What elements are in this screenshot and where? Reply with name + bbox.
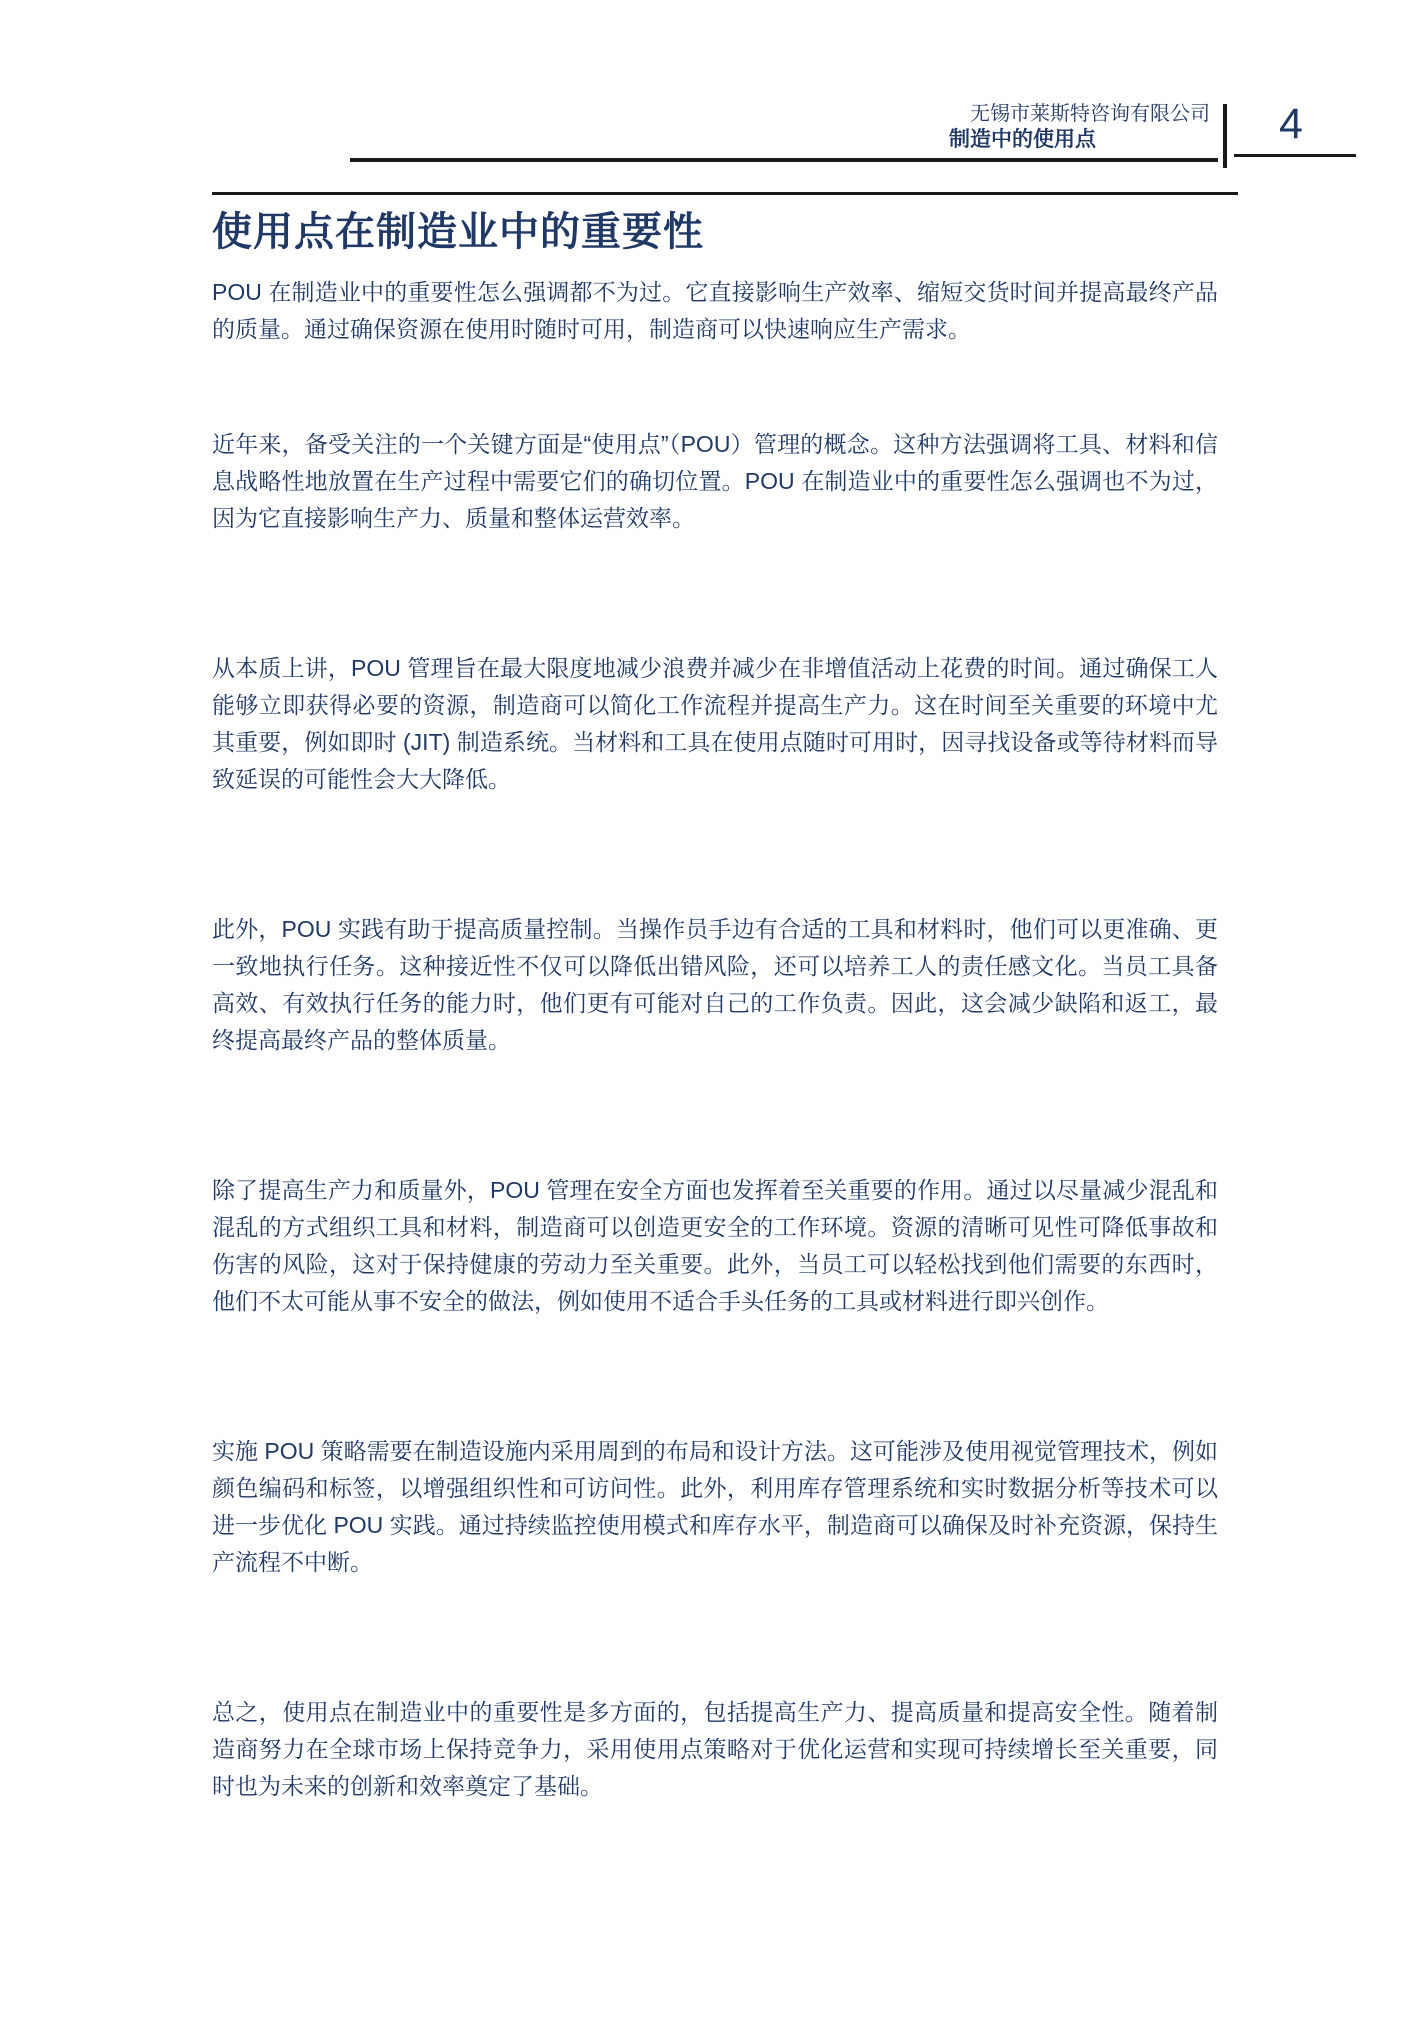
article-paragraph: 此外，POU 实践有助于提高质量控制。当操作员手边有合适的工具和材料时，他们可以…: [212, 911, 1218, 1059]
page-number-underline-rule: [1234, 154, 1356, 157]
article-paragraph: 除了提高生产力和质量外，POU 管理在安全方面也发挥着至关重要的作用。通过以尽量…: [212, 1172, 1218, 1320]
header-divider-bar: [1223, 104, 1227, 168]
header-company-name: 无锡市莱斯特咨询有限公司: [970, 101, 1210, 127]
header-underline-rule: [350, 158, 1218, 162]
header-document-title: 制造中的使用点: [949, 127, 1210, 153]
content-top-rule: [212, 192, 1238, 195]
header-text-block: 无锡市莱斯特咨询有限公司 制造中的使用点: [949, 101, 1210, 153]
article-body: 使用点在制造业中的重要性 POU 在制造业中的重要性怎么强调都不为过。它直接影响…: [0, 208, 1428, 1805]
document-page: 无锡市莱斯特咨询有限公司 制造中的使用点 4 使用点在制造业中的重要性 POU …: [0, 0, 1428, 2028]
article-paragraph: 近年来，备受关注的一个关键方面是“使用点”（POU）管理的概念。这种方法强调将工…: [212, 426, 1218, 537]
article-paragraph: POU 在制造业中的重要性怎么强调都不为过。它直接影响生产效率、缩短交货时间并提…: [212, 274, 1218, 348]
page-number: 4: [1256, 100, 1326, 148]
article-paragraph: 总之，使用点在制造业中的重要性是多方面的，包括提高生产力、提高质量和提高安全性。…: [212, 1694, 1218, 1805]
article-paragraph: 从本质上讲，POU 管理旨在最大限度地减少浪费并减少在非增值活动上花费的时间。通…: [212, 650, 1218, 798]
article-title: 使用点在制造业中的重要性: [212, 208, 1218, 256]
article-paragraph: 实施 POU 策略需要在制造设施内采用周到的布局和设计方法。这可能涉及使用视觉管…: [212, 1433, 1218, 1581]
page-header: 无锡市莱斯特咨询有限公司 制造中的使用点 4: [0, 0, 1428, 196]
